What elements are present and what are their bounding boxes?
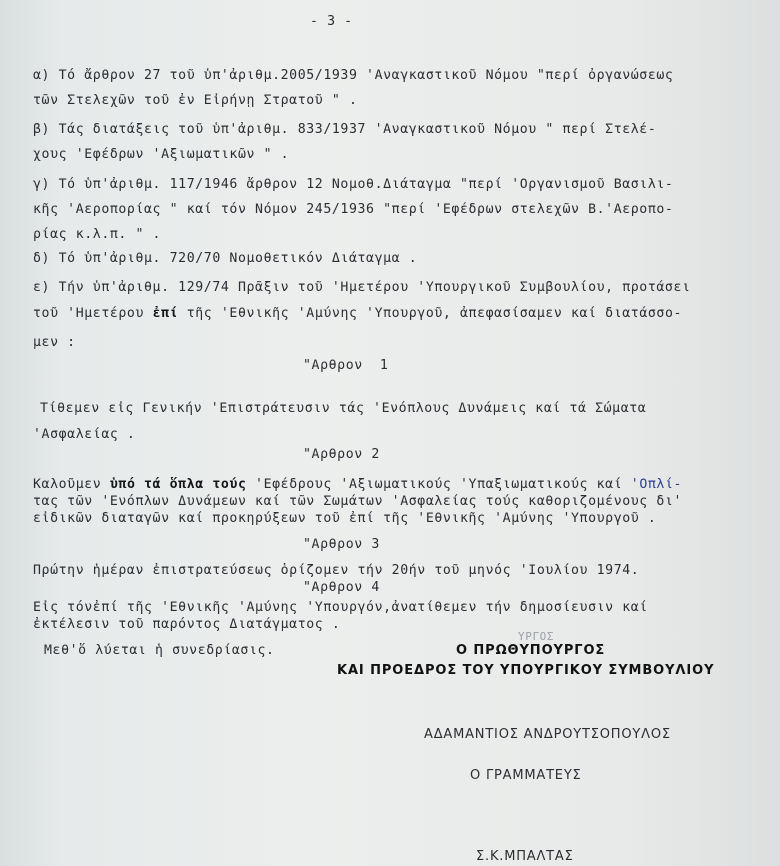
- clause-a-line-1: α) Τό ἄρθρον 27 τοῦ ὑπ'ἀριθμ.2005/1939 '…: [33, 68, 673, 84]
- article-4-line-2: ἐκτέλεσιν τοῦ παρόντος Διατάγματος .: [33, 617, 340, 633]
- clause-e-line-2: τοῦ 'Ημετέρου ἐπί τῆς 'Εθνικῆς 'Αμύνης '…: [33, 306, 682, 322]
- clause-b-line-2: χους 'Εφέδρων 'Αξιωματικῶν " .: [33, 147, 289, 163]
- clause-e-line-2-pre: τοῦ 'Ημετέρου: [33, 306, 153, 321]
- clause-e-line-3: μεν :: [33, 335, 76, 351]
- article-4-line-1: Εἰς τόνἐπί τῆς 'Εθνικῆς 'Αμύνης 'Υπουργό…: [33, 600, 648, 616]
- article-3-line-1: Πρώτην ἡμέραν ἐπιστρατεύσεως ὁρίζομεν τή…: [33, 563, 639, 579]
- clause-e-bold-word: ἐπί: [153, 306, 179, 321]
- closing-line: Μεθ'ὅ λύεται ἡ συνεδρίασις.: [44, 643, 275, 659]
- clause-c-line-1: γ) Τό ὑπ'ἀριθμ. 117/1946 ἄρθρον 12 Νομοθ…: [33, 177, 673, 193]
- article-1-heading: "Αρθρον 1: [303, 358, 388, 373]
- article-4-heading: "Αρθρον 4: [303, 580, 380, 595]
- clause-e-line-2-post: τῆς 'Εθνικῆς 'Αμύνης 'Υπουργοῦ, ἀπεφασίσ…: [178, 306, 682, 321]
- article-2-line-3: εἰδικῶν διαταγῶν καί προκηρύξεων τοῦ ἐπί…: [33, 511, 656, 527]
- secretary-title: Ο ΓΡΑΜΜΑΤΕΥΣ: [470, 768, 582, 783]
- pm-title-line-2: ΚΑΙ ΠΡΟΕΔΡΟΣ ΤΟΥ ΥΠΟΥΡΓΙΚΟΥ ΣΥΜΒΟΥΛΙΟΥ: [337, 663, 714, 678]
- document-page: - 3 - α) Τό ἄρθρον 27 τοῦ ὑπ'ἀριθμ.2005/…: [0, 0, 780, 866]
- secretary-name: Σ.Κ.ΜΠΑΛΤΑΣ: [476, 849, 574, 864]
- clause-a-line-2: τῶν Στελεχῶν τοῦ ἐν Εἰρήνῃ Στρατοῦ " .: [33, 93, 358, 109]
- clause-e-line-1: ε) Τήν ὑπ'ἀριθμ. 129/74 Πρᾶξιν τοῦ 'Ημετ…: [33, 280, 691, 296]
- article-2-heading: "Αρθρον 2: [303, 447, 380, 462]
- clause-d-line-1: δ) Τό ὑπ'ἀριθμ. 720/70 Νομοθετικόν Διάτα…: [33, 251, 417, 267]
- article-2-mid: 'Εφέδρους 'Αξιωματικούς 'Υπαξιωματικούς …: [247, 477, 631, 492]
- article-2-line-1: Καλοῦμεν ὑπό τά ὅπλα τούς 'Εφέδρους 'Αξι…: [33, 477, 682, 493]
- clause-b-line-1: β) Τάς διατάξεις τοῦ ὑπ'ἀριθμ. 833/1937 …: [33, 122, 656, 138]
- pm-title-line-1: Ο ΠΡΩΘΥΠΟΥΡΓΟΣ: [456, 643, 605, 658]
- article-2-pre: Καλοῦμεν: [33, 477, 110, 492]
- clause-c-line-2: κῆς 'Αεροπορίας " καί τόν Νόμον 245/1936…: [33, 202, 673, 218]
- clause-c-line-3: ρίας κ.λ.π. " .: [33, 227, 161, 243]
- article-2-bold: ὑπό τά ὅπλα τούς: [110, 477, 247, 492]
- article-3-heading: "Αρθρον 3: [303, 537, 380, 552]
- article-1-line-1: Τίθεμεν εἰς Γενικήν 'Επιστράτευσιν τάς '…: [40, 401, 646, 417]
- faint-stamp-text: ΥΡΓΟΣ: [518, 630, 554, 643]
- page-number: - 3 -: [310, 14, 353, 29]
- article-1-line-2: 'Ασφαλείας .: [33, 427, 135, 443]
- article-2-handwritten-correction: 'Οπλί-: [631, 477, 682, 492]
- article-2-line-2: τας τῶν 'Ενόπλων Δυνάμεων καί τῶν Σωμάτω…: [33, 494, 682, 510]
- pm-name: ΑΔΑΜΑΝΤΙΟΣ ΑΝΔΡΟΥΤΣΟΠΟΥΛΟΣ: [424, 727, 671, 742]
